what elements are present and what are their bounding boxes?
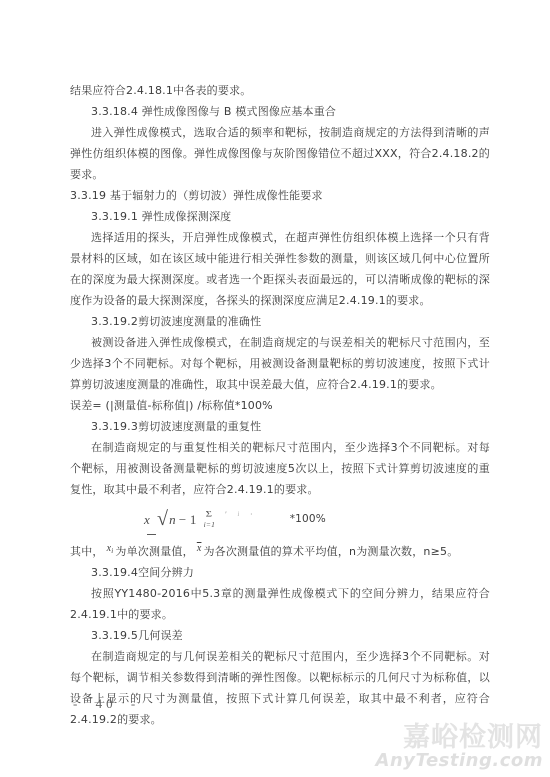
section-heading-3-3-19-5: 3.3.19.5几何误差 (70, 625, 490, 646)
formula-faint-marks: ′ʲ· (225, 504, 264, 525)
document-page: 结果应符合2.4.18.1中各表的要求。 3.3.18.4 弹性成像图像与 B … (0, 0, 550, 777)
paragraph-3-3-19-1: 选择适用的探头，开启弹性成像模式，在超声弹性仿组织体模上选择一个只有背景材料的区… (70, 227, 490, 311)
watermark-chinese-text: 嘉峪检测网 (376, 724, 543, 752)
paragraph-3-3-19-3: 在制造商规定的与重复性相关的靶标尺寸范围内，至少选择3个不同靶标。对每个靶标，用… (70, 437, 490, 500)
section-heading-3-3-19-3: 3.3.19.3剪切波速度测量的重复性 (70, 416, 490, 437)
page-number: - 40 - (73, 696, 139, 712)
section-heading-3-3-19-1: 3.3.19.1 弹性成像探测深度 (70, 206, 490, 227)
legend-rest: 为各次测量值的算术平均值，n为测量次数，n≥5。 (203, 545, 458, 558)
paragraph-3-3-19-4: 按照YY1480-2016中5.3章的测量弹性成像模式下的空间分辨力，结果应符合… (70, 583, 490, 625)
section-heading-3-3-19: 3.3.19 基于辐射力的（剪切波）弹性成像性能要求 (70, 185, 490, 206)
summation-lower-limit: i=1 (204, 521, 216, 529)
section-heading-3-3-19-4: 3.3.19.4空间分辨力 (70, 562, 490, 583)
formula-n-variable: n (169, 509, 176, 530)
section-heading-3-3-18-4: 3.3.18.4 弹性成像图像与 B 模式图像应基本重合 (70, 101, 490, 122)
paragraph-continuation: 结果应符合2.4.18.1中各表的要求。 (70, 80, 490, 101)
formula-legend-line: 其中，xi为单次测量值，x为各次测量值的算术平均值，n为测量次数，n≥5。 (70, 538, 490, 562)
watermark-english-text: AnyTesting.com (376, 752, 543, 771)
sigma-glyph: Σ (206, 510, 213, 519)
xi-variable: xi (107, 543, 114, 554)
paragraph-3-3-19-5: 在制造商规定的与几何误差相关的靶标尺寸范围内，至少选择3个不同靶标。对每个靶标，… (70, 646, 490, 730)
legend-middle: 为单次测量值， (115, 545, 193, 558)
repeatability-formula: x √ n − 1 Σ i=1 ′ʲ· *100% (70, 502, 490, 536)
formula-x-variable: x (144, 509, 150, 530)
xbar-variable: x (197, 543, 202, 554)
document-body: 结果应符合2.4.18.1中各表的要求。 3.3.18.4 弹性成像图像与 B … (70, 80, 490, 730)
section-heading-3-3-19-2: 3.3.19.2剪切波速度测量的准确性 (70, 311, 490, 332)
error-formula-line: 误差= (|测量值-标称值|) /标称值*100% (70, 395, 490, 416)
formula-percent-suffix: *100% (290, 509, 326, 530)
legend-prefix: 其中， (70, 545, 104, 558)
summation-symbol: Σ i=1 (204, 509, 216, 529)
paragraph-3-3-18-4: 进入弹性成像模式，选取合适的频率和靶标，按制造商规定的方法得到清晰的声弹性仿组织… (70, 122, 490, 185)
radical-sign: √ (157, 509, 168, 529)
xi-subscript: i (111, 547, 113, 555)
formula-x-underbar (147, 534, 156, 535)
formula-x-glyph: x (144, 512, 150, 527)
watermark: 嘉峪检测网 AnyTesting.com (376, 724, 543, 771)
paragraph-3-3-19-2: 被测设备进入弹性成像模式，在制造商规定的与误差相关的靶标尺寸范围内，至少选择3个… (70, 332, 490, 395)
formula-minus-one: − 1 (179, 509, 197, 530)
